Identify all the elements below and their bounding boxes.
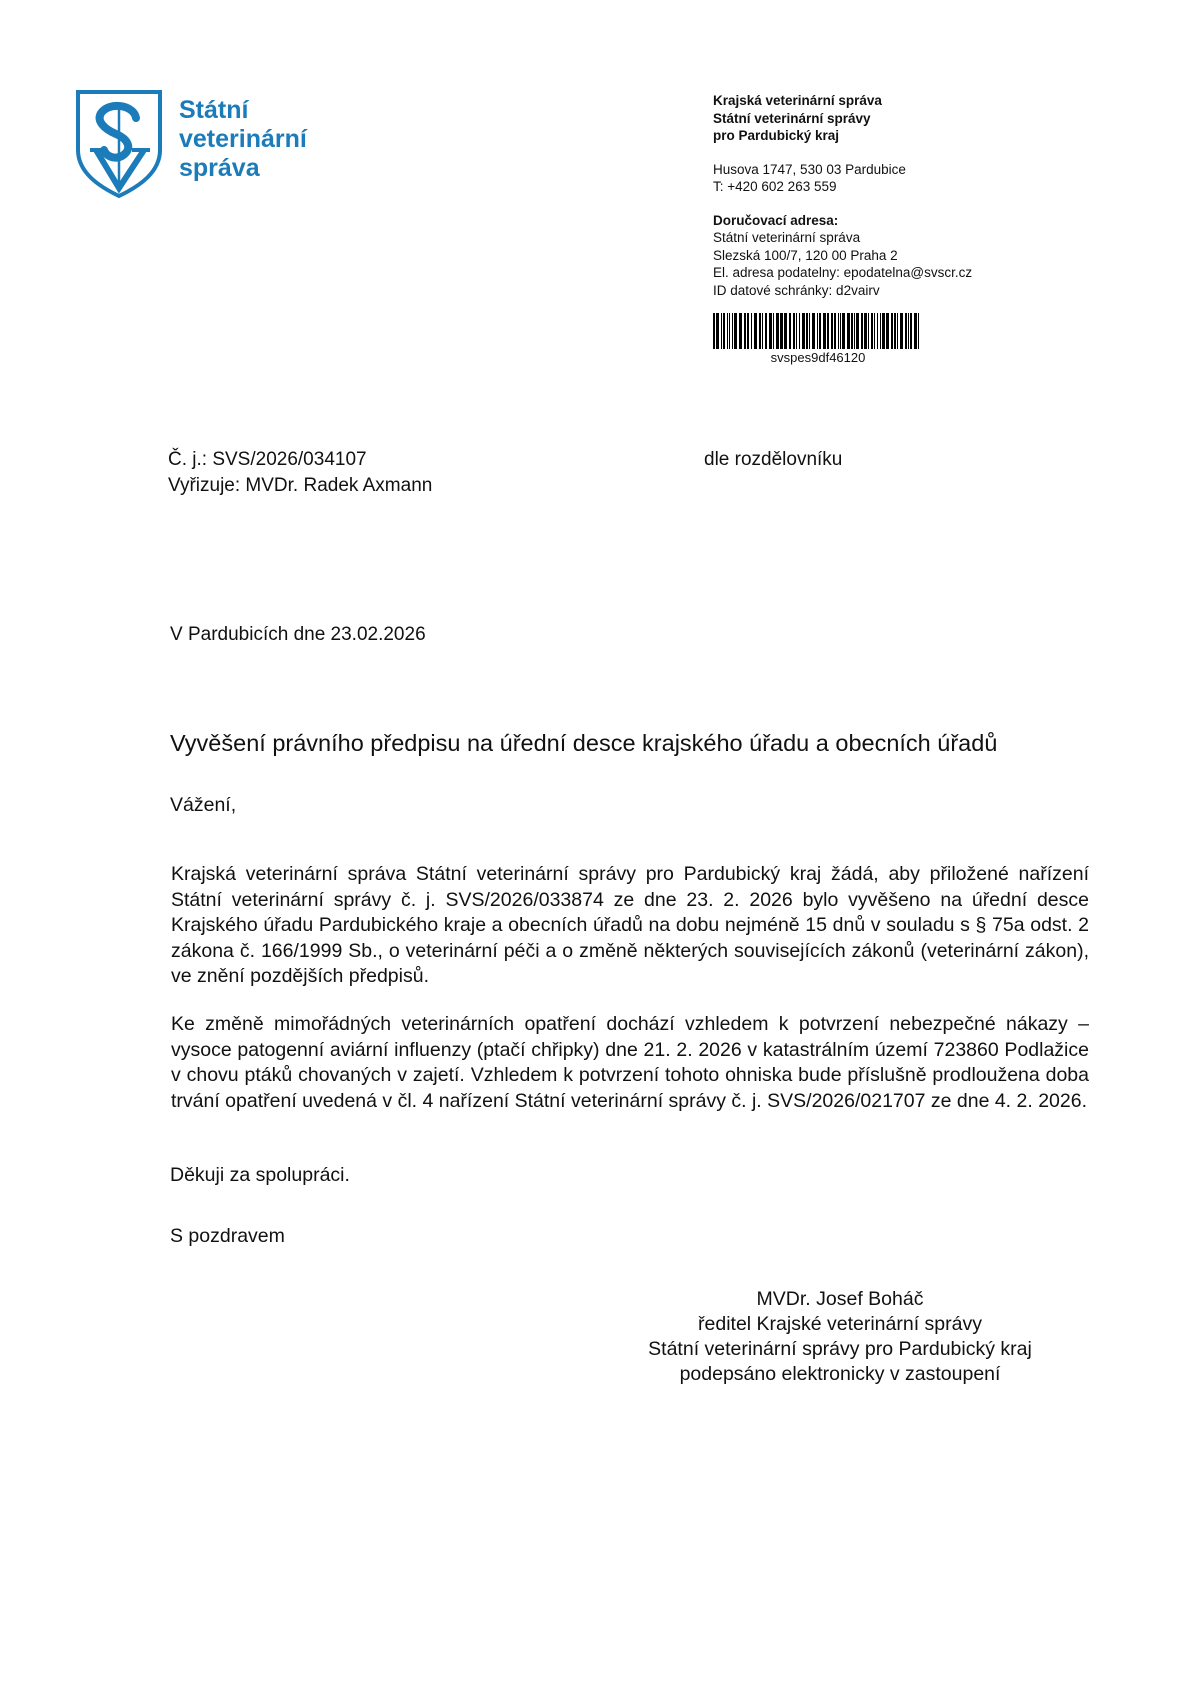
- svs-shield-logo-icon: [74, 88, 164, 200]
- signer-name: MVDr. Josef Boháč: [600, 1287, 1080, 1312]
- paragraph-reason: Ke změně mimořádných veterinárních opatř…: [171, 1012, 1089, 1114]
- sender-phone: T: +420 602 263 559: [713, 178, 972, 196]
- signature-note: podepsáno elektronicky v zastoupení: [600, 1362, 1080, 1387]
- signer-organization: Státní veterinární správy pro Pardubický…: [600, 1337, 1080, 1362]
- subject-heading: Vyvěšení právního předpisu na úřední des…: [170, 730, 997, 757]
- signer-title: ředitel Krajské veterinární správy: [600, 1312, 1080, 1337]
- delivery-line: Státní veterinární správa: [713, 229, 972, 247]
- delivery-databox: ID datové schránky: d2vairv: [713, 282, 972, 300]
- case-number: Č. j.: SVS/2026/034107: [168, 448, 367, 472]
- sender-name: Krajská veterinární správa: [713, 92, 972, 110]
- paragraph-request: Krajská veterinární správa Státní veteri…: [171, 862, 1089, 990]
- signature-block: MVDr. Josef Boháč ředitel Krajské veteri…: [600, 1287, 1080, 1387]
- logo-line: správa: [179, 154, 307, 183]
- salutation: Vážení,: [170, 793, 236, 817]
- barcode-icon: [713, 313, 923, 349]
- sender-name: Státní veterinární správy: [713, 110, 972, 128]
- recipient: dle rozdělovníku: [704, 448, 842, 472]
- sender-address: Husova 1747, 530 03 Pardubice: [713, 161, 972, 179]
- delivery-heading: Doručovací adresa:: [713, 212, 972, 230]
- thanks: Děkuji za spolupráci.: [170, 1163, 350, 1187]
- sender-name: pro Pardubický kraj: [713, 127, 972, 145]
- barcode-label: svspes9df46120: [713, 350, 923, 365]
- logo-line: Státní: [179, 96, 307, 125]
- logo-line: veterinární: [179, 125, 307, 154]
- sender-block: Krajská veterinární správa Státní veteri…: [713, 92, 972, 299]
- delivery-line: Slezská 100/7, 120 00 Praha 2: [713, 247, 972, 265]
- date-line: V Pardubicích dne 23.02.2026: [170, 623, 426, 647]
- delivery-email: El. adresa podatelny: epodatelna@svscr.c…: [713, 264, 972, 282]
- closing: S pozdravem: [170, 1224, 285, 1248]
- handled-by: Vyřizuje: MVDr. Radek Axmann: [168, 474, 432, 498]
- logo-wordmark: Státní veterinární správa: [179, 96, 307, 183]
